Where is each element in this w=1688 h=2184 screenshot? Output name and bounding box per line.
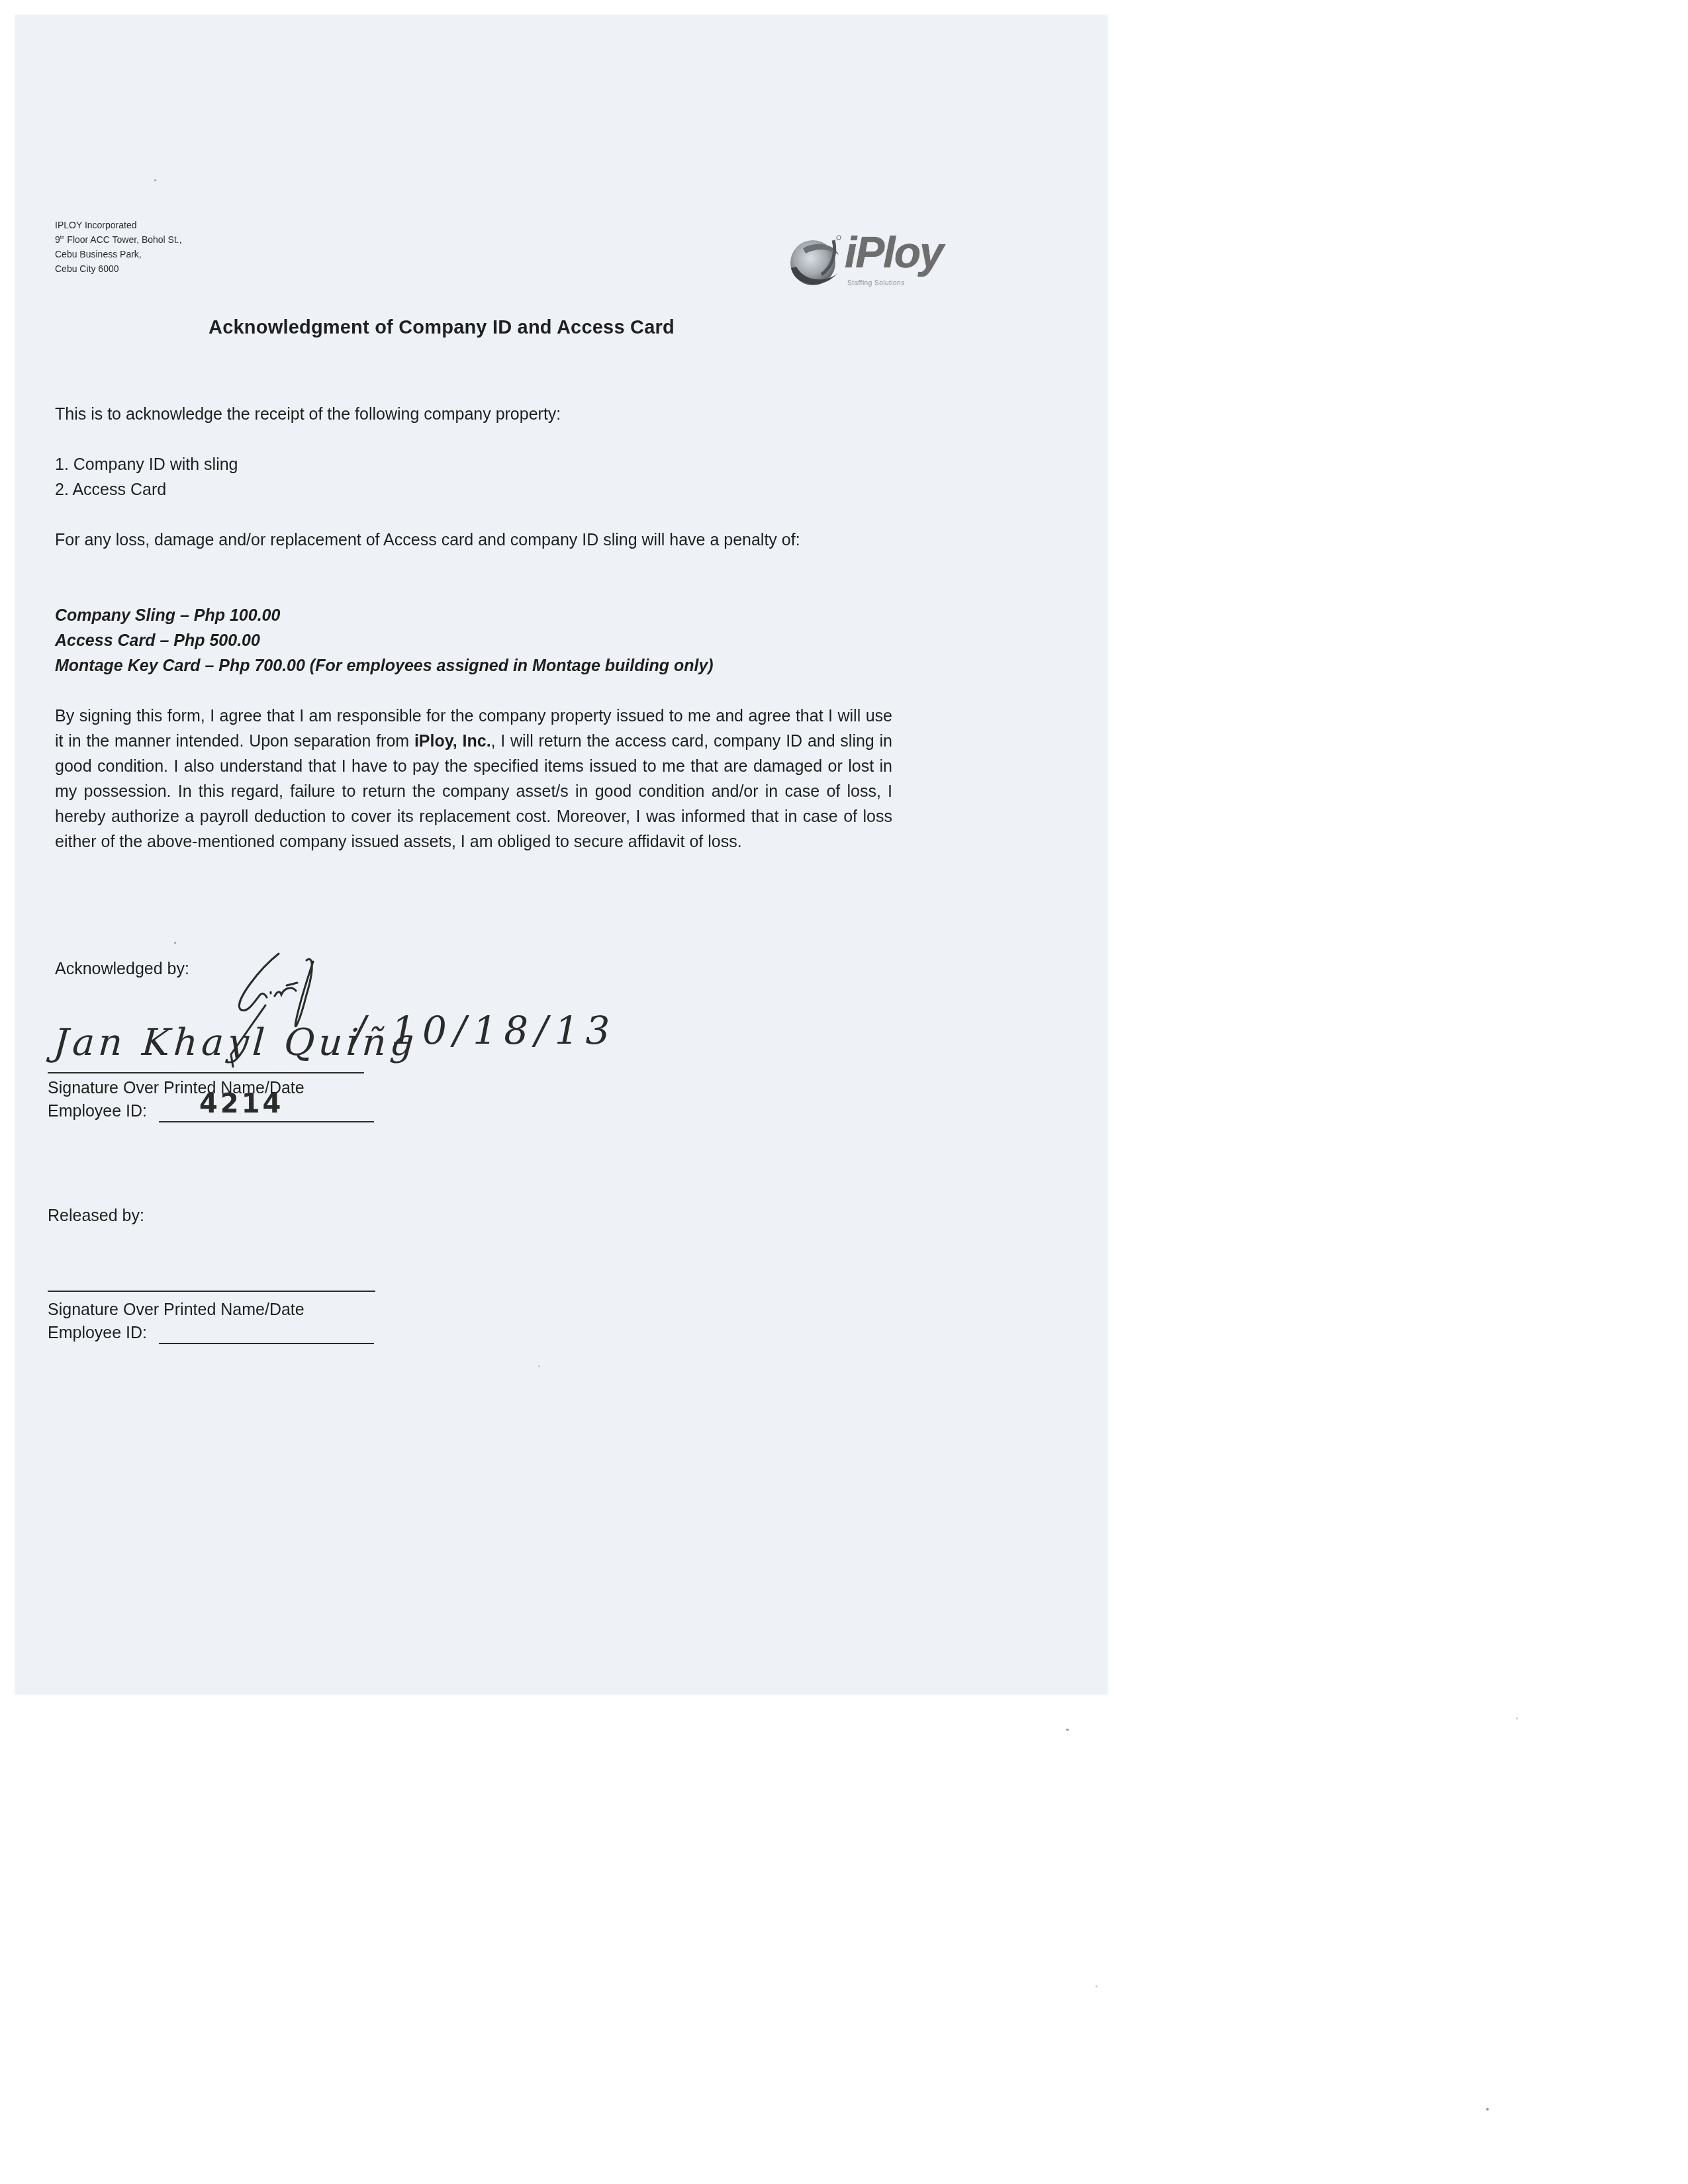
company-logo: iPloy Staffing Solutions	[767, 222, 959, 295]
intro-text: This is to acknowledge the receipt of th…	[55, 402, 561, 427]
address-street-text: Floor ACC Tower, Bohol St.,	[67, 234, 181, 245]
acknowledged-employee-id-line	[159, 1121, 374, 1122]
scan-speck	[1096, 1985, 1098, 1987]
scanned-page: IPLOY Incorporated 9th Floor ACC Tower, …	[15, 15, 1107, 1694]
logo-tagline: Staffing Solutions	[847, 280, 905, 287]
terms-paragraph: By signing this form, I agree that I am …	[55, 704, 892, 854]
acknowledged-employee-id-label: Employee ID:	[48, 1099, 147, 1124]
penalty-item: Montage Key Card – Php 700.00 (For emplo…	[55, 653, 714, 678]
penalty-intro-text: For any loss, damage and/or replacement …	[55, 527, 889, 553]
scan-speck	[174, 942, 176, 944]
scan-speck	[1066, 1729, 1069, 1731]
handwritten-employee-id: 4214	[199, 1089, 283, 1119]
property-item: 2. Access Card	[55, 477, 238, 502]
property-list: 1. Company ID with sling 2. Access Card	[55, 452, 238, 502]
globe-swoosh-icon	[783, 235, 849, 291]
company-address: IPLOY Incorporated 9th Floor ACC Tower, …	[55, 218, 182, 276]
scan-speck	[1486, 2108, 1489, 2111]
logo-wordmark: iPloy	[845, 227, 943, 277]
released-by-label: Released by:	[48, 1206, 144, 1226]
acknowledged-by-label: Acknowledged by:	[55, 960, 189, 979]
handwritten-date: / 10/18/13	[353, 1008, 616, 1053]
scan-speck	[1516, 1717, 1518, 1719]
released-signature-line	[48, 1291, 375, 1292]
acknowledged-signature-line	[48, 1072, 364, 1073]
address-line-company: IPLOY Incorporated	[55, 218, 182, 232]
address-line-street: 9th Floor ACC Tower, Bohol St.,	[55, 232, 182, 247]
released-signature-caption: Signature Over Printed Name/Date	[48, 1297, 305, 1322]
penalty-list: Company Sling – Php 100.00 Access Card –…	[55, 603, 714, 678]
address-line-park: Cebu Business Park,	[55, 247, 182, 261]
penalty-item: Access Card – Php 500.00	[55, 628, 714, 653]
scan-speck	[154, 179, 156, 181]
released-employee-id-label: Employee ID:	[48, 1320, 147, 1345]
terms-company-name: iPloy, Inc.	[414, 732, 491, 751]
document-title: Acknowledgment of Company ID and Access …	[209, 317, 675, 339]
scan-speck	[538, 1365, 540, 1367]
property-item: 1. Company ID with sling	[55, 452, 238, 477]
released-employee-id-line	[159, 1343, 374, 1344]
address-line-city: Cebu City 6000	[55, 261, 182, 276]
penalty-item: Company Sling – Php 100.00	[55, 603, 714, 628]
